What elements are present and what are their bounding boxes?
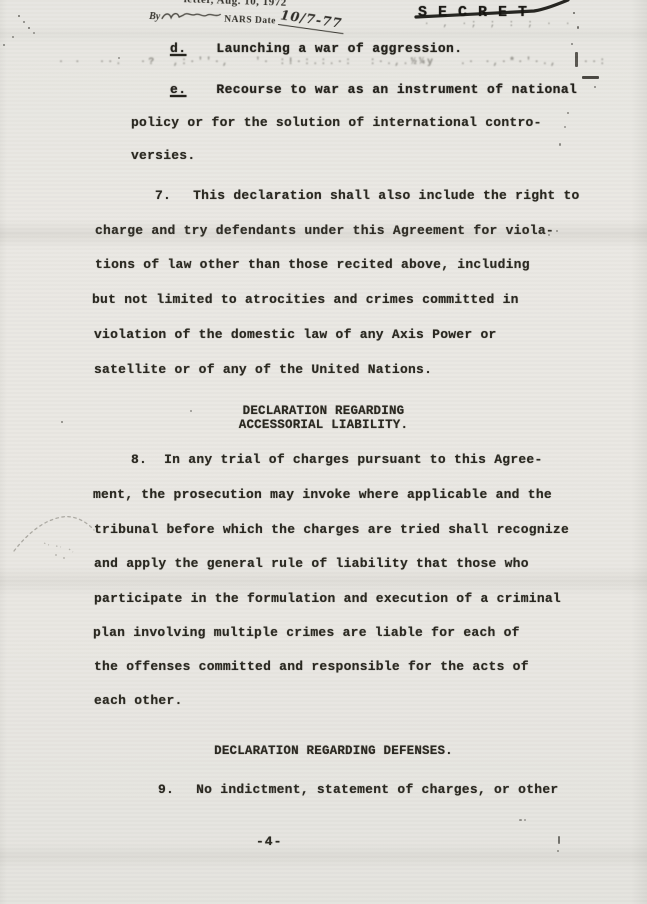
item-d-marker: d. xyxy=(170,41,186,56)
ink-speck xyxy=(12,36,14,38)
ink-speck xyxy=(519,819,522,821)
para8-line: tribunal before which the charges are tr… xyxy=(94,522,569,537)
ink-speck xyxy=(573,12,575,14)
ink-speck xyxy=(557,850,559,852)
para8-line: each other. xyxy=(94,693,183,708)
para7-line: tions of law other than those recited ab… xyxy=(95,257,530,272)
para8-line: the offenses committed and responsible f… xyxy=(94,659,529,674)
para7-marker: 7. xyxy=(155,188,171,203)
ink-speck xyxy=(23,21,25,23)
ink-speck xyxy=(559,143,561,146)
signature-scribble-icon xyxy=(160,8,222,24)
ink-speck xyxy=(567,112,569,114)
section-heading-liability-2: ACCESSORIAL LIABILITY. xyxy=(0,418,647,433)
para8-marker: 8. xyxy=(131,452,147,467)
pencil-scribble-mark xyxy=(10,503,102,565)
bleedthrough-ghost-line: · · ··. ·? ,:·''·, '· :!·:.:.·: :·.,.½¼y… xyxy=(58,57,607,68)
ink-speck xyxy=(548,234,550,236)
ink-speck xyxy=(556,230,558,232)
ink-speck xyxy=(594,86,596,88)
stamp-date-handwritten: 10/7-77 xyxy=(278,8,346,34)
para7-line: violation of the domestic law of any Axi… xyxy=(94,327,497,342)
page-number: -4- xyxy=(256,834,282,849)
para7-line: charge and try defendants under this Agr… xyxy=(95,223,554,238)
ink-speck xyxy=(118,57,120,59)
scan-artifact-band xyxy=(0,844,647,868)
section-heading-liability-1: DECLARATION REGARDING xyxy=(0,404,647,419)
section-heading-defenses: DECLARATION REGARDING DEFENSES. xyxy=(10,744,647,759)
ink-speck xyxy=(577,26,579,29)
para8-text: In any trial of charges pursuant to this… xyxy=(164,452,542,467)
secret-ghost-marks: · , ·; ; : ; · · xyxy=(424,19,574,29)
item-d-line: d.Launching a war of aggression. xyxy=(170,41,462,56)
para8-line: plan involving multiple crimes are liabl… xyxy=(93,625,520,640)
ink-speck xyxy=(28,27,30,29)
para7-first-line: 7.This declaration shall also include th… xyxy=(155,188,580,203)
para8-line: ment, the prosecution may invoke where a… xyxy=(93,487,552,502)
ink-speck xyxy=(564,126,566,128)
secret-classification-stamp: SECRET · , ·; ; : ; · · xyxy=(418,3,578,33)
item-e-marker: e. xyxy=(170,82,186,97)
item-e-line: e.Recourse to war as an instrument of na… xyxy=(170,82,577,97)
para7-line: but not limited to atrocities and crimes… xyxy=(92,292,519,307)
ink-speck xyxy=(524,819,526,821)
stamp-by-line: By NARS Date 10/7-77 xyxy=(149,5,346,29)
para8-first-line: 8.In any trial of charges pursuant to th… xyxy=(131,452,543,467)
para9-marker: 9. xyxy=(158,782,174,797)
item-e-continuation: versies. xyxy=(131,148,195,163)
ink-mark xyxy=(575,52,578,67)
paper-edge-shade xyxy=(0,0,7,904)
para7-text: This declaration shall also include the … xyxy=(193,188,579,203)
item-d-text: Launching a war of aggression. xyxy=(216,41,462,56)
paper-edge-shade xyxy=(631,0,647,904)
ink-speck xyxy=(3,44,5,46)
ink-speck xyxy=(571,43,573,45)
item-e-text: Recourse to war as an instrument of nati… xyxy=(216,82,577,97)
scanned-document-page: letter, Aug. 10, 1972 By NARS Date 10/7-… xyxy=(0,0,647,904)
para8-line: participate in the formulation and execu… xyxy=(94,591,561,606)
stamp-nars-label: NARS Date xyxy=(224,15,276,27)
item-e-continuation: policy or for the solution of internatio… xyxy=(131,115,542,130)
ink-speck xyxy=(18,15,20,17)
stamp-by-label: By xyxy=(149,11,160,22)
para8-line: and apply the general rule of liability … xyxy=(94,556,529,571)
ink-speck xyxy=(190,410,192,412)
ink-speck xyxy=(61,421,63,423)
para9-text: No indictment, statement of charges, or … xyxy=(196,782,558,797)
ink-mark xyxy=(558,836,560,844)
ink-mark xyxy=(582,76,599,79)
para9-first-line: 9.No indictment, statement of charges, o… xyxy=(158,782,558,797)
ink-speck xyxy=(33,32,35,34)
para7-line: satellite or of any of the United Nation… xyxy=(94,362,432,377)
